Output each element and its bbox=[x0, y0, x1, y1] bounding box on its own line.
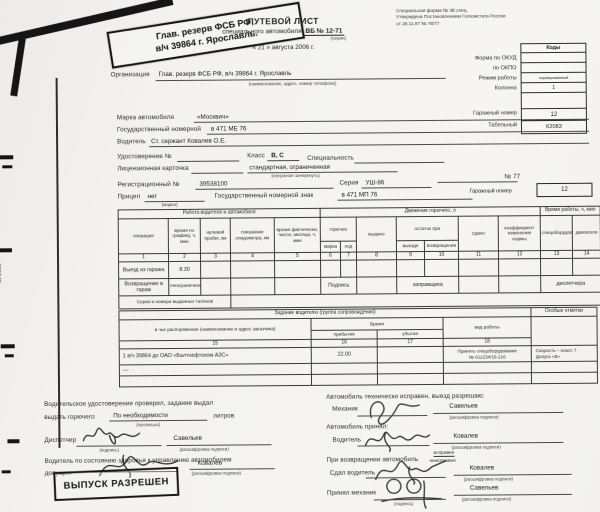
rule-line bbox=[191, 172, 243, 173]
empty-cell bbox=[573, 258, 600, 275]
margin-tick bbox=[0, 248, 12, 252]
decode-note: (расшифровка подписи) bbox=[462, 496, 511, 501]
rule-line bbox=[354, 162, 444, 164]
column-label: Колонна bbox=[419, 85, 517, 92]
license-checked-line: Водительское удостоверение проверил, зад… bbox=[44, 400, 213, 408]
work-table: Работа водителя и автомобиля Движение го… bbox=[118, 206, 600, 310]
trailer-label: Прицеп bbox=[118, 193, 141, 200]
driver-label: Водитель bbox=[117, 138, 146, 145]
plate-value: в 471 МЕ 76 bbox=[211, 125, 247, 132]
empty-cell bbox=[201, 261, 231, 278]
decode-note: (расшифровка подписи) bbox=[179, 447, 228, 452]
rest-group: остаток при bbox=[396, 216, 458, 240]
sign-who1: заправщика bbox=[397, 276, 459, 293]
col-num: 3 bbox=[200, 253, 230, 261]
special-notes-cell bbox=[531, 316, 597, 346]
page-title: ПУТЕВОЙ ЛИСТ bbox=[168, 15, 398, 27]
fuel-issue-value: По необходимости bbox=[113, 412, 168, 419]
col-code: код bbox=[340, 241, 356, 252]
rule-line bbox=[361, 187, 431, 189]
form-left-border bbox=[56, 78, 61, 448]
empty-cell bbox=[397, 260, 425, 277]
table-row bbox=[119, 372, 597, 387]
col-fact: время фактически, число, месяца, ч, мин bbox=[274, 217, 320, 252]
col-num: 2 bbox=[168, 253, 200, 261]
empty-cell bbox=[119, 374, 311, 387]
task-work-line2: № 011234/16-210 bbox=[445, 354, 530, 360]
license-card-note: (ненужное зачеркнуть) bbox=[271, 173, 319, 178]
sign-who2: диспетчера bbox=[541, 275, 600, 292]
garage2-box: 12 bbox=[536, 183, 592, 197]
margin-tick bbox=[5, 354, 14, 357]
doc-number-note: (серия) bbox=[278, 35, 398, 41]
col-odometer: показание спидометра, км bbox=[230, 218, 274, 253]
margin-tick bbox=[0, 155, 13, 159]
margin-tick bbox=[1, 344, 15, 348]
release-stamp-text: ВЫПУСК РАЗРЕШЕН bbox=[63, 476, 169, 491]
license-label: Удостоверение № bbox=[117, 153, 171, 160]
series-value: УШ-86 bbox=[365, 179, 384, 186]
specialty-label: Специальность bbox=[307, 155, 354, 162]
okud-value bbox=[521, 53, 585, 64]
empty-cell bbox=[357, 277, 397, 294]
col-sched: время по графику, ч, мин bbox=[168, 218, 200, 253]
page-subtitle: специального автомобиля bbox=[222, 28, 302, 36]
dispatcher-label: Диспетчер bbox=[44, 437, 76, 444]
rule-line bbox=[195, 188, 333, 190]
margin-tick bbox=[7, 439, 19, 443]
empty-cell bbox=[459, 276, 499, 293]
row-out-label: Выезд из гаража bbox=[119, 262, 169, 279]
fuel-group: горючее bbox=[320, 217, 356, 241]
empty-cell bbox=[531, 372, 597, 384]
form-note: Специальная форма № 3В спец. Утверждена … bbox=[396, 7, 592, 28]
reg-value: 39538100 bbox=[199, 181, 227, 188]
time-title: Время работы, ч, мин bbox=[540, 206, 600, 215]
permit-number: № 77 bbox=[504, 173, 520, 180]
license-card-value: стандартная, ограниченная bbox=[249, 164, 330, 172]
empty-cell bbox=[425, 259, 459, 276]
col-equip: спецоборудования bbox=[540, 215, 572, 250]
decode-note: (расшифровка подписи) bbox=[192, 470, 241, 475]
dispatcher-name: Савельев bbox=[173, 435, 202, 442]
empty-cell bbox=[311, 374, 377, 386]
trailer-value: нет bbox=[148, 193, 158, 200]
rule-line bbox=[177, 160, 239, 161]
fuel-units-label: литров bbox=[213, 413, 234, 420]
sign-label: Подпись bbox=[321, 277, 357, 294]
empty-cell bbox=[499, 259, 541, 276]
reg-label: Регистрационный № bbox=[117, 181, 179, 188]
col-num: 14 bbox=[573, 250, 600, 258]
empty-cell bbox=[541, 258, 573, 275]
column-value: 1 bbox=[522, 83, 586, 94]
org-value: Глав. резерв ФСБ РФ, в/ч 39864 г. Яросла… bbox=[159, 70, 292, 78]
empty-cell bbox=[341, 260, 357, 277]
row-return-time: Неограниченно bbox=[169, 278, 201, 295]
org-note: (наименование, адрес, номер телефона) bbox=[249, 81, 337, 87]
mechanic-signature bbox=[363, 393, 425, 425]
task-work: Принять спецоборудование № 011234/16-210 bbox=[443, 346, 531, 363]
col-issued: выдано bbox=[356, 217, 396, 252]
col-handed: сдано bbox=[458, 216, 498, 251]
row-out-time: 8.30 bbox=[169, 261, 201, 278]
empty-cell bbox=[275, 260, 321, 277]
empty-cell bbox=[459, 259, 499, 276]
title-block: ПУТЕВОЙ ЛИСТ специального автомобиля ВБ … bbox=[168, 15, 398, 52]
col-zero: нулевой пробег, км bbox=[200, 218, 230, 253]
rule-line bbox=[437, 181, 517, 183]
tab-number-label: Табельный bbox=[419, 122, 517, 129]
time-group: Время bbox=[311, 317, 443, 330]
empty-cell bbox=[499, 276, 541, 293]
received-mechanic-name: Савельев bbox=[470, 484, 499, 491]
plate2-value: в 471 МП 76 bbox=[341, 191, 377, 198]
driver-value: Ст. сержант Ковалев О.Е. bbox=[151, 138, 226, 146]
okpo-label: по ОКПО bbox=[419, 65, 517, 72]
col-num: 6 bbox=[321, 252, 341, 260]
fuel-issue-label: выдать горючего bbox=[44, 414, 95, 421]
health-driver-name: Ковалев bbox=[198, 460, 223, 467]
mechanic-label: Механик bbox=[332, 406, 358, 413]
col-customer: в чье распоряжение (наименование и адрес… bbox=[119, 318, 311, 341]
codes-box: Коды нормированный 1 12 К2083 bbox=[520, 43, 587, 135]
handed-driver-label: Сдал водитель bbox=[330, 469, 375, 476]
codes-empty-row bbox=[522, 93, 586, 110]
decode-note: (расшифровка подписи) bbox=[451, 444, 500, 449]
empty-cell bbox=[311, 363, 377, 375]
margin-tick bbox=[2, 165, 12, 168]
release-stamp: ВЫПУСК РАЗРЕШЕН bbox=[53, 467, 179, 501]
plate2-label: Государственный номерной знак bbox=[214, 192, 313, 200]
received-mechanic-label: Принял механик bbox=[327, 489, 376, 496]
empty-cell bbox=[201, 278, 231, 295]
margin-tick bbox=[2, 470, 11, 473]
license-card-label: Лицензионная карточка bbox=[117, 165, 188, 173]
accept-driver-label: Водитель bbox=[332, 437, 361, 444]
mode-value: нормированный bbox=[522, 73, 586, 84]
rule-line bbox=[338, 199, 473, 201]
empty-cell bbox=[231, 278, 275, 295]
okpo-value bbox=[521, 63, 585, 74]
empty-cell bbox=[321, 260, 341, 277]
empty-cell bbox=[377, 373, 443, 385]
col-num: 10 bbox=[425, 251, 459, 259]
col-num: 7 bbox=[341, 252, 357, 260]
make-label: Марка автомобиля bbox=[117, 114, 174, 121]
empty-cell bbox=[377, 346, 443, 363]
col-brand: марка bbox=[320, 241, 340, 252]
rule-line bbox=[454, 494, 572, 496]
waybill-document: № 2503 Глав. резерв ФСБ РФ, в/ч 39864 г.… bbox=[0, 0, 600, 512]
make-value: «Москвич» bbox=[197, 114, 229, 121]
empty-cell bbox=[443, 362, 531, 374]
accept-driver-signature bbox=[359, 423, 431, 454]
col-engine: двигателя bbox=[572, 215, 600, 250]
task-note-line2: Допуск «В» bbox=[533, 353, 596, 359]
col-return: возвращении bbox=[424, 240, 458, 251]
empty-cell bbox=[443, 373, 531, 385]
decode-note: (расшифровка подписи) bbox=[449, 414, 498, 419]
series-label: Серия bbox=[339, 180, 358, 187]
task-table: Задание водителю (группа сопровождения) … bbox=[118, 307, 598, 388]
empty-cell bbox=[275, 277, 321, 294]
task-arrival: 22.00 bbox=[311, 347, 377, 364]
garage2-value: 12 bbox=[561, 187, 568, 193]
task-notes: Скорость – класс 7 Допуск «В» bbox=[531, 345, 597, 362]
col-work: вид работы bbox=[443, 317, 531, 339]
garage-number-label: Гаражный номер bbox=[419, 110, 517, 117]
rule-line bbox=[247, 171, 397, 173]
garage2-label: Гаражный номер bbox=[469, 188, 511, 194]
date-line: « 21 » августа 2006 г. bbox=[168, 43, 398, 52]
empty-cell bbox=[231, 261, 275, 278]
col-num: 9 bbox=[397, 252, 425, 260]
accept-driver-name: Ковалев bbox=[453, 433, 478, 440]
handed-driver-name: Ковалев bbox=[470, 464, 495, 471]
col-coef: коэффициент изменения нормы bbox=[498, 216, 540, 251]
okud-label: Форма по ОКУД bbox=[418, 55, 516, 62]
class-value: В, С bbox=[271, 152, 284, 159]
class-label: Класс bbox=[247, 152, 265, 159]
sign-note: (подпись) bbox=[394, 501, 414, 506]
rule-line bbox=[267, 160, 299, 161]
scan-edge-left bbox=[10, 38, 26, 96]
empty-cell bbox=[377, 362, 443, 374]
trailer-note: (марка) bbox=[162, 202, 178, 207]
task-customer: 1 в/ч 39864 до ОАО «Балтнефтеком АЗС» bbox=[119, 347, 311, 365]
col-num: 13 bbox=[541, 250, 573, 258]
form-note-line3: от 28.11.97 № 78/77 bbox=[396, 19, 592, 27]
org-label: Организация bbox=[111, 71, 150, 78]
empty-cell bbox=[531, 361, 597, 373]
mechanic-name: Савельев bbox=[449, 403, 478, 410]
empty-cell bbox=[231, 292, 600, 308]
coupons-label: Серия и номера выданных талонов bbox=[119, 295, 231, 309]
col-out: выезде bbox=[396, 241, 424, 252]
decode-note: (расшифровка подписи) bbox=[464, 476, 513, 481]
margin-vertical-text: № 2503 bbox=[0, 263, 3, 283]
empty-cell bbox=[357, 260, 397, 277]
plate-label: Государственный номерной bbox=[117, 126, 201, 134]
col-operation: операция bbox=[118, 219, 168, 254]
row-return-label: Возвращение в гараж bbox=[119, 279, 169, 296]
